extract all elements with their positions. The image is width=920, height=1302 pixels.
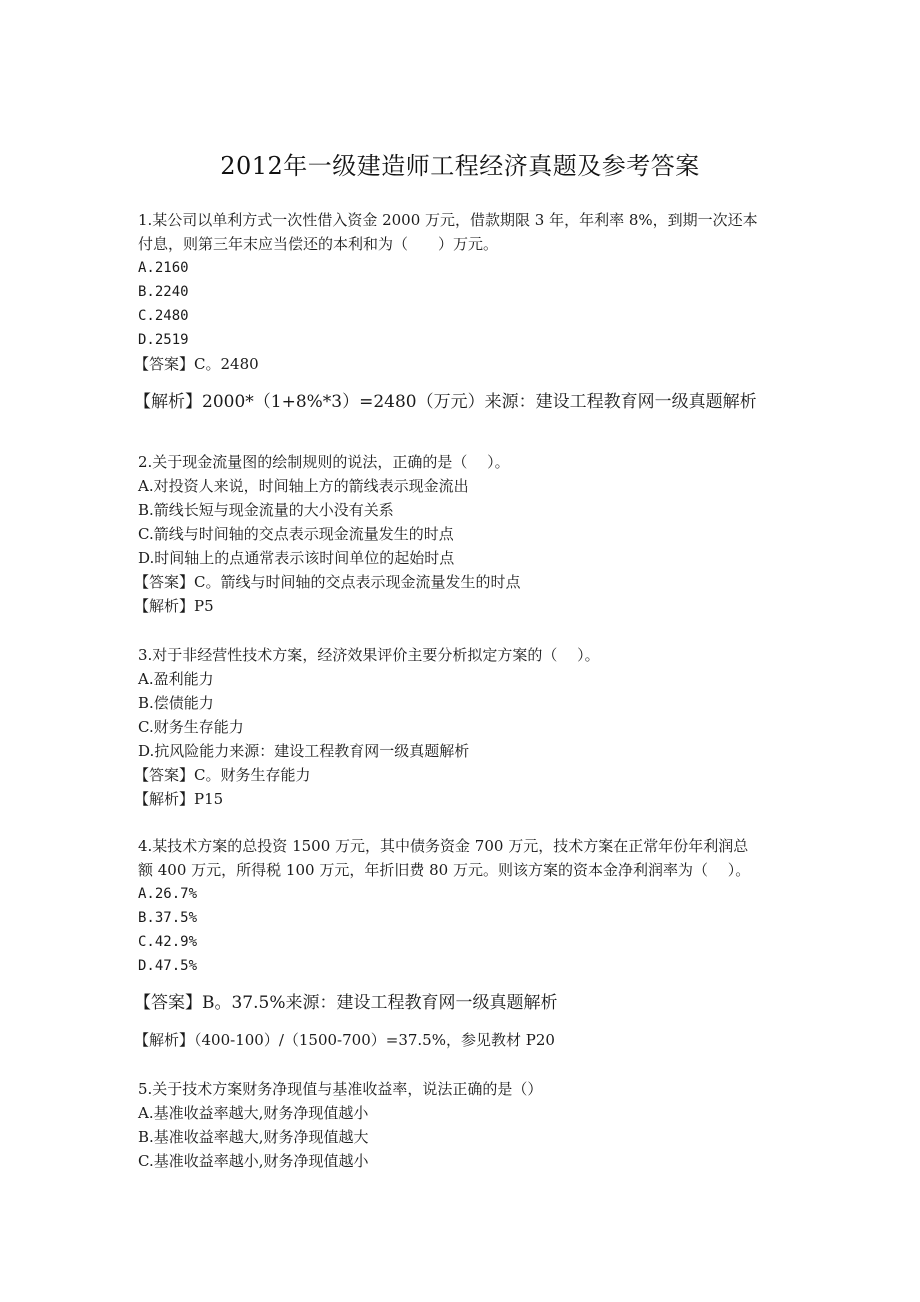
question-3-option-d: D.抗风险能力来源：建设工程教育网一级真题解析 <box>138 741 469 761</box>
question-3-option-c: C.财务生存能力 <box>138 717 244 737</box>
question-4-answer: 【答案】B。37.5%来源：建设工程教育网一级真题解析 <box>134 993 558 1013</box>
question-4-stem-line-1: 4.某技术方案的总投资 1500 万元，其中债务资金 700 万元，技术方案在正… <box>138 836 748 856</box>
question-3-answer: 【答案】C。财务生存能力 <box>134 765 310 785</box>
question-2-option-a: A.对投资人来说，时间轴上方的箭线表示现金流出 <box>138 476 469 496</box>
question-5-option-a: A.基准收益率越大,财务净现值越小 <box>138 1103 368 1123</box>
question-1-stem-line-1: 1.某公司以单利方式一次性借入资金 2000 万元，借款期限 3 年，年利率 8… <box>138 210 758 230</box>
question-2-option-d: D.时间轴上的点通常表示该时间单位的起始时点 <box>138 548 454 568</box>
question-1-option-d: D.2519 <box>138 330 189 350</box>
question-2-option-b: B.箭线长短与现金流量的大小没有关系 <box>138 500 394 520</box>
question-4-analysis: 【解析】（400-100）/（1500-700）=37.5%，参见教材 P20 <box>134 1030 555 1050</box>
question-1-option-a: A.2160 <box>138 258 189 278</box>
question-5-option-b: B.基准收益率越大,财务净现值越大 <box>138 1127 369 1147</box>
document-title: 2012年一级建造师工程经济真题及参考答案 <box>0 146 920 181</box>
question-2-stem-line-1: 2.关于现金流量图的绘制规则的说法，正确的是（ ）。 <box>138 452 510 472</box>
question-4-option-d: D.47.5% <box>138 956 197 976</box>
question-4-option-a: A.26.7% <box>138 884 197 904</box>
question-1-stem-line-2: 付息，则第三年末应当偿还的本利和为（ ）万元。 <box>138 234 498 254</box>
question-5-option-c: C.基准收益率越小,财务净现值越小 <box>138 1151 368 1171</box>
question-3-analysis: 【解析】P15 <box>134 789 223 809</box>
question-3-stem-line-1: 3.对于非经营性技术方案，经济效果评价主要分析拟定方案的（ ）。 <box>138 645 600 665</box>
question-4-option-b: B.37.5% <box>138 908 197 928</box>
question-1-option-b: B.2240 <box>138 282 189 302</box>
question-5-stem-line-1: 5.关于技术方案财务净现值与基准收益率，说法正确的是（） <box>138 1079 542 1099</box>
question-2-option-c: C.箭线与时间轴的交点表示现金流量发生的时点 <box>138 524 454 544</box>
question-2-answer: 【答案】C。箭线与时间轴的交点表示现金流量发生的时点 <box>134 572 520 592</box>
question-1-analysis: 【解析】2000*（1+8%*3）=2480（万元）来源：建设工程教育网一级真题… <box>134 392 757 412</box>
question-1-option-c: C.2480 <box>138 306 189 326</box>
question-3-option-a: A.盈利能力 <box>138 669 214 689</box>
question-1-answer: 【答案】C。2480 <box>134 354 259 374</box>
question-3-option-b: B.偿债能力 <box>138 693 214 713</box>
question-2-analysis: 【解析】P5 <box>134 596 214 616</box>
question-4-stem-line-2: 额 400 万元，所得税 100 万元，年折旧费 80 万元。则该方案的资本金净… <box>138 860 750 880</box>
question-4-option-c: C.42.9% <box>138 932 197 952</box>
